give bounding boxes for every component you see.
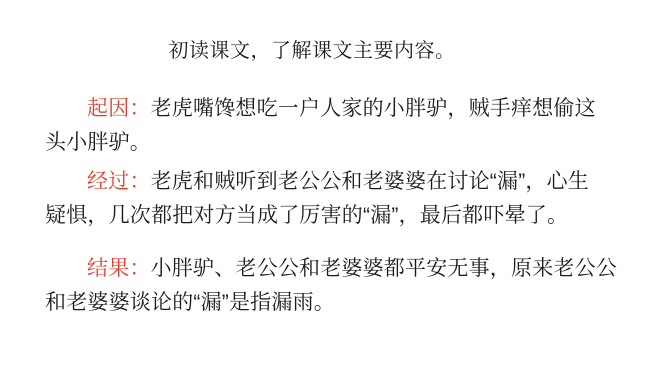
result-text-line1: 小胖驴、老公公和老婆婆都平安无事，原来老公公 bbox=[151, 257, 617, 280]
paragraph-process: 经过：老虎和贼听到老公公和老婆婆在讨论“漏”，心生疑惧，几次都把对方当成了厉害的… bbox=[45, 165, 640, 233]
cause-text-line1: 老虎嘴馋想吃一户人家的小胖驴，贼手痒想偷这 bbox=[151, 97, 596, 120]
paragraph-result: 结果：小胖驴、老公公和老婆婆都平安无事，原来老公公和老婆婆谈论的“漏”是指漏雨。 bbox=[45, 252, 640, 320]
slide-title: 初读课文，了解课文主要内容。 bbox=[0, 36, 668, 66]
cause-label: 起因： bbox=[87, 97, 151, 120]
process-label: 经过： bbox=[87, 170, 151, 193]
paragraph-cause: 起因：老虎嘴馋想吃一户人家的小胖驴，贼手痒想偷这头小胖驴。 bbox=[45, 92, 640, 160]
result-text-line2: 和老婆婆谈论的“漏”是指漏雨。 bbox=[45, 291, 335, 314]
process-text-line1: 老虎和贼听到老公公和老婆婆在讨论“漏”，心生 bbox=[151, 170, 589, 193]
cause-text-line2: 头小胖驴。 bbox=[45, 131, 151, 154]
process-text-line2: 疑惧，几次都把对方当成了厉害的“漏”，最后都吓晕了。 bbox=[45, 204, 568, 227]
result-label: 结果： bbox=[87, 257, 151, 280]
presentation-slide: 初读课文，了解课文主要内容。 起因：老虎嘴馋想吃一户人家的小胖驴，贼手痒想偷这头… bbox=[0, 0, 668, 376]
slide-body: 起因：老虎嘴馋想吃一户人家的小胖驴，贼手痒想偷这头小胖驴。 经过：老虎和贼听到老… bbox=[0, 92, 668, 320]
